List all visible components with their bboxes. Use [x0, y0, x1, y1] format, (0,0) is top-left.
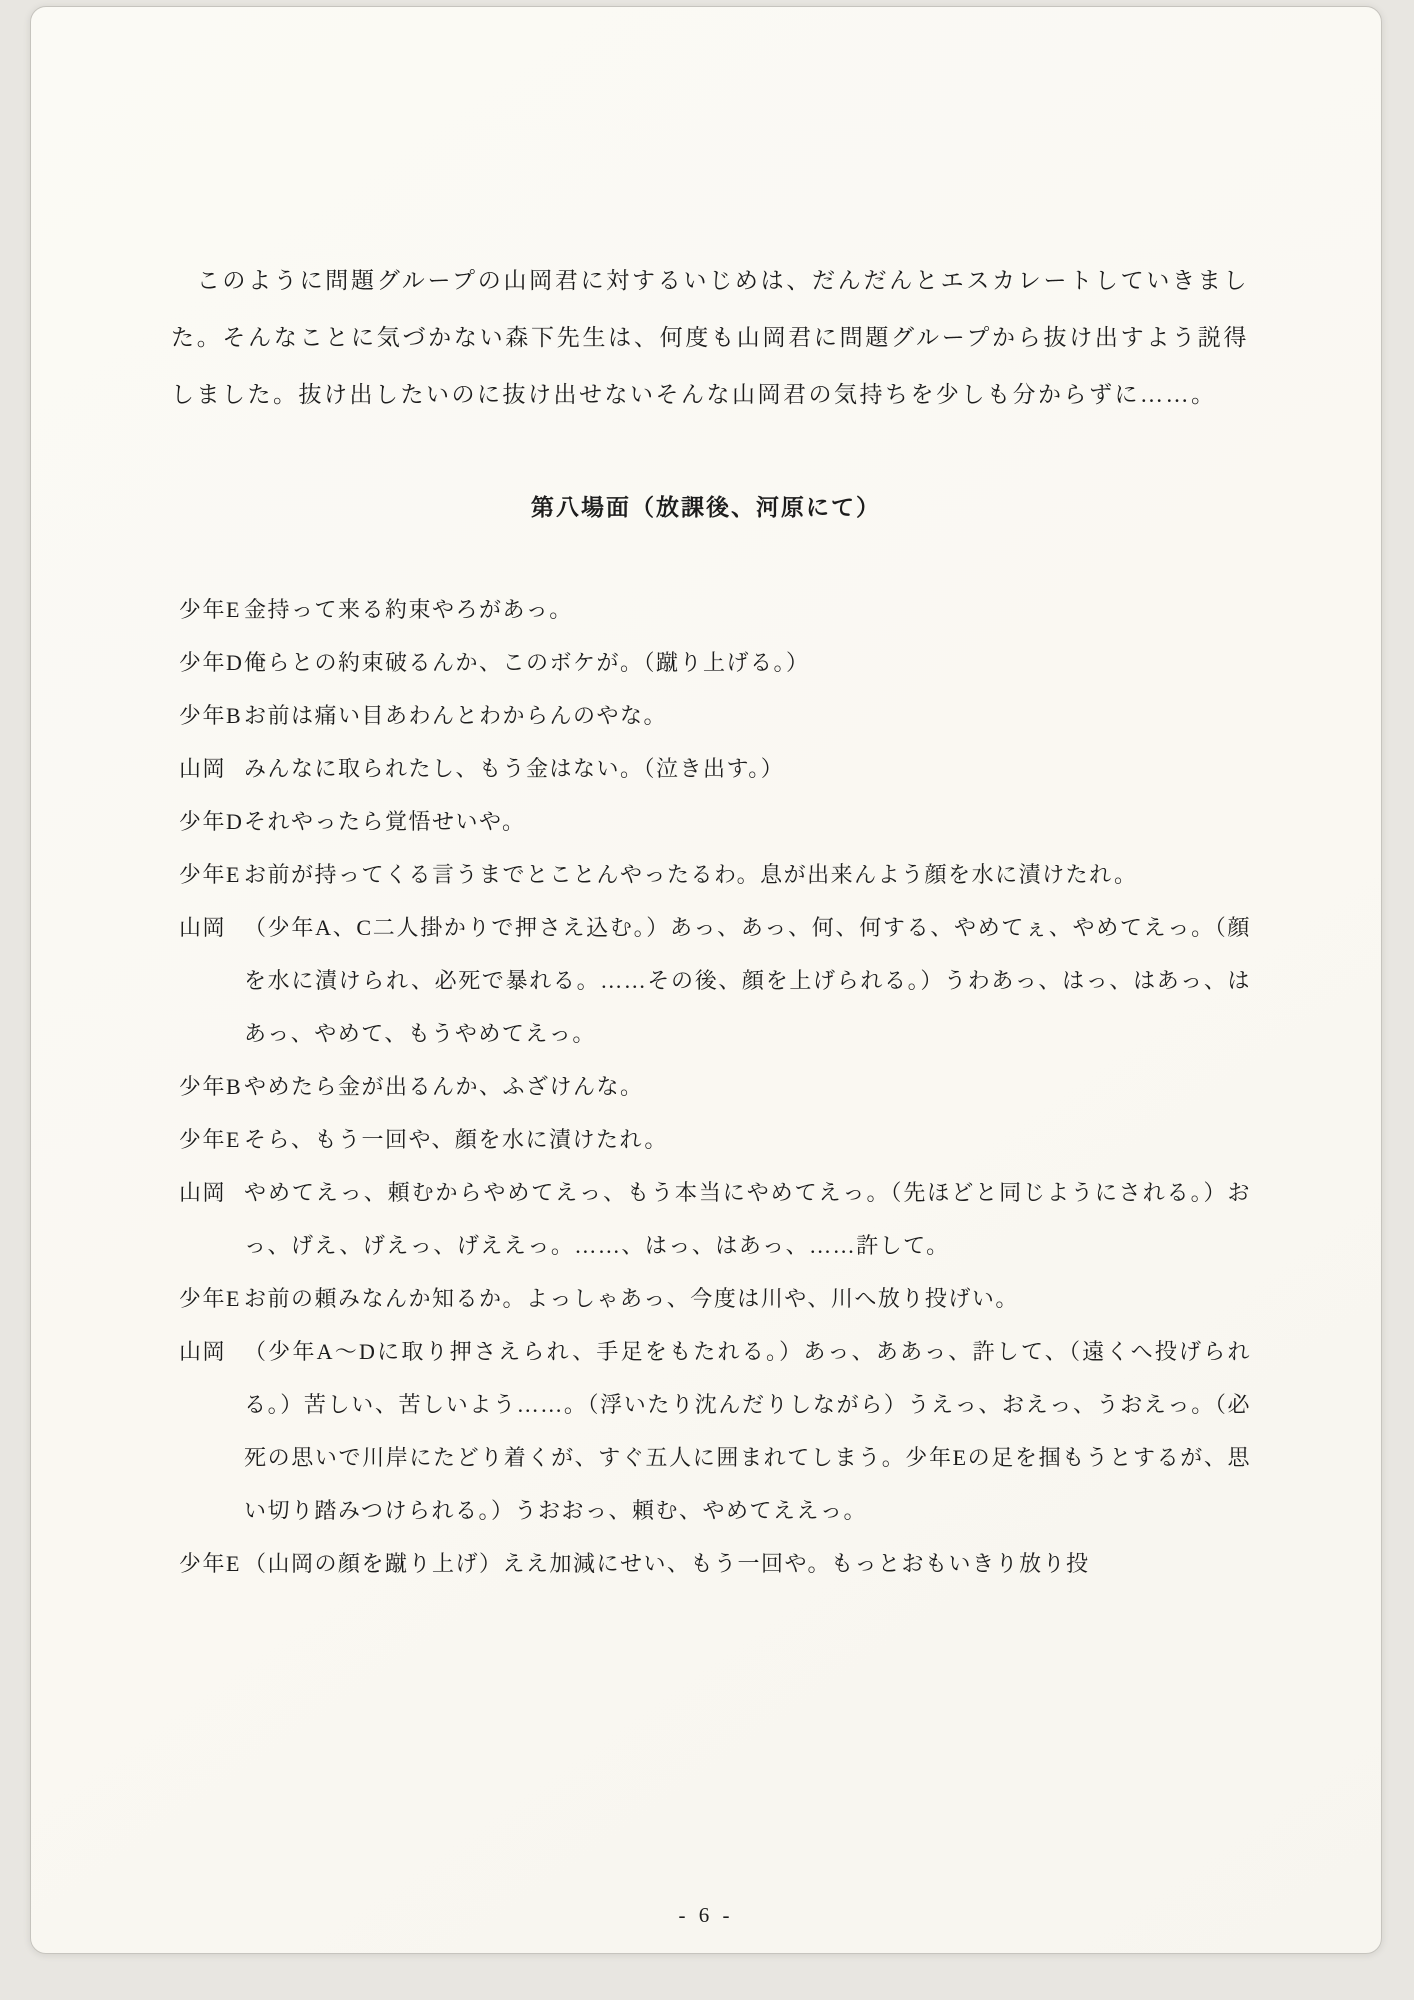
- dialogue-entry: 少年E お前が持ってくる言うまでとことんやったるわ。息が出来んよう顔を水に漬けた…: [179, 848, 1251, 901]
- dialogue-entry: 少年E （山岡の顔を蹴り上げ）ええ加減にせい、もう一回や。もっとおもいきり放り投: [179, 1537, 1251, 1590]
- dialogue-text: それやったら覚悟せいや。: [244, 795, 1251, 848]
- intro-paragraph: このように問題グループの山岡君に対するいじめは、だんだんとエスカレートしていきま…: [171, 252, 1249, 423]
- dialogue-text: やめたら金が出るんか、ふざけんな。: [244, 1060, 1251, 1113]
- dialogue-text: やめてえっ、頼むからやめてえっ、もう本当にやめてえっ。（先ほどと同じようにされる…: [244, 1166, 1251, 1272]
- dialogue-entry: 少年D それやったら覚悟せいや。: [179, 795, 1251, 848]
- dialogue-speaker: 少年E: [179, 583, 244, 636]
- dialogue-text: そら、もう一回や、顔を水に漬けたれ。: [244, 1113, 1251, 1166]
- dialogue-speaker: 山岡: [179, 1166, 244, 1219]
- dialogue-entry: 少年E そら、もう一回や、顔を水に漬けたれ。: [179, 1113, 1251, 1166]
- dialogue-text: （少年A、C二人掛かりで押さえ込む。）あっ、あっ、何、何する、やめてぇ、やめてえ…: [244, 901, 1251, 1060]
- dialogue-speaker: 少年E: [179, 848, 244, 901]
- dialogue-entry: 山岡 みんなに取られたし、もう金はない。（泣き出す。）: [179, 742, 1251, 795]
- dialogue-speaker: 山岡: [179, 742, 244, 795]
- dialogue-speaker: 少年D: [179, 795, 244, 848]
- dialogue-entry: 山岡 （少年A～Dに取り押さえられ、手足をもたれる。）あっ、ああっ、許して、（遠…: [179, 1325, 1251, 1537]
- dialogue-entry: 少年E 金持って来る約束やろがあっ。: [179, 583, 1251, 636]
- dialogue-speaker: 少年E: [179, 1113, 244, 1166]
- dialogue-entry: 山岡 やめてえっ、頼むからやめてえっ、もう本当にやめてえっ。（先ほどと同じように…: [179, 1166, 1251, 1272]
- page-number: - 6 -: [31, 1903, 1381, 1928]
- dialogue-text: お前の頼みなんか知るか。よっしゃあっ、今度は川や、川へ放り投げい。: [244, 1272, 1251, 1325]
- dialogue-speaker: 山岡: [179, 1325, 244, 1378]
- dialogue-text: 俺らとの約束破るんか、このボケが。（蹴り上げる。）: [244, 636, 1251, 689]
- dialogue-speaker: 山岡: [179, 901, 244, 954]
- dialogue-text: （少年A～Dに取り押さえられ、手足をもたれる。）あっ、ああっ、許して、（遠くへ投…: [244, 1325, 1251, 1537]
- dialogue-entry: 少年B やめたら金が出るんか、ふざけんな。: [179, 1060, 1251, 1113]
- dialogue-speaker: 少年B: [179, 689, 244, 742]
- dialogue-speaker: 少年B: [179, 1060, 244, 1113]
- dialogue-text: （山岡の顔を蹴り上げ）ええ加減にせい、もう一回や。もっとおもいきり放り投: [244, 1537, 1251, 1590]
- dialogue-speaker: 少年E: [179, 1537, 244, 1590]
- dialogue-speaker: 少年E: [179, 1272, 244, 1325]
- dialogue-speaker: 少年D: [179, 636, 244, 689]
- dialogue-entry: 少年D 俺らとの約束破るんか、このボケが。（蹴り上げる。）: [179, 636, 1251, 689]
- page-sheet: このように問題グループの山岡君に対するいじめは、だんだんとエスカレートしていきま…: [30, 6, 1382, 1954]
- dialogue-text: お前が持ってくる言うまでとことんやったるわ。息が出来んよう顔を水に漬けたれ。: [244, 848, 1251, 901]
- dialogue-text: お前は痛い目あわんとわからんのやな。: [244, 689, 1251, 742]
- dialogue-entry: 山岡 （少年A、C二人掛かりで押さえ込む。）あっ、あっ、何、何する、やめてぇ、や…: [179, 901, 1251, 1060]
- dialogue-text: 金持って来る約束やろがあっ。: [244, 583, 1251, 636]
- dialogue-entry: 少年B お前は痛い目あわんとわからんのやな。: [179, 689, 1251, 742]
- dialogue-entry: 少年E お前の頼みなんか知るか。よっしゃあっ、今度は川や、川へ放り投げい。: [179, 1272, 1251, 1325]
- scene-heading: 第八場面（放課後、河原にて）: [31, 493, 1381, 523]
- dialogue-text: みんなに取られたし、もう金はない。（泣き出す。）: [244, 742, 1251, 795]
- dialogue-list: 少年E 金持って来る約束やろがあっ。 少年D 俺らとの約束破るんか、このボケが。…: [179, 583, 1251, 1590]
